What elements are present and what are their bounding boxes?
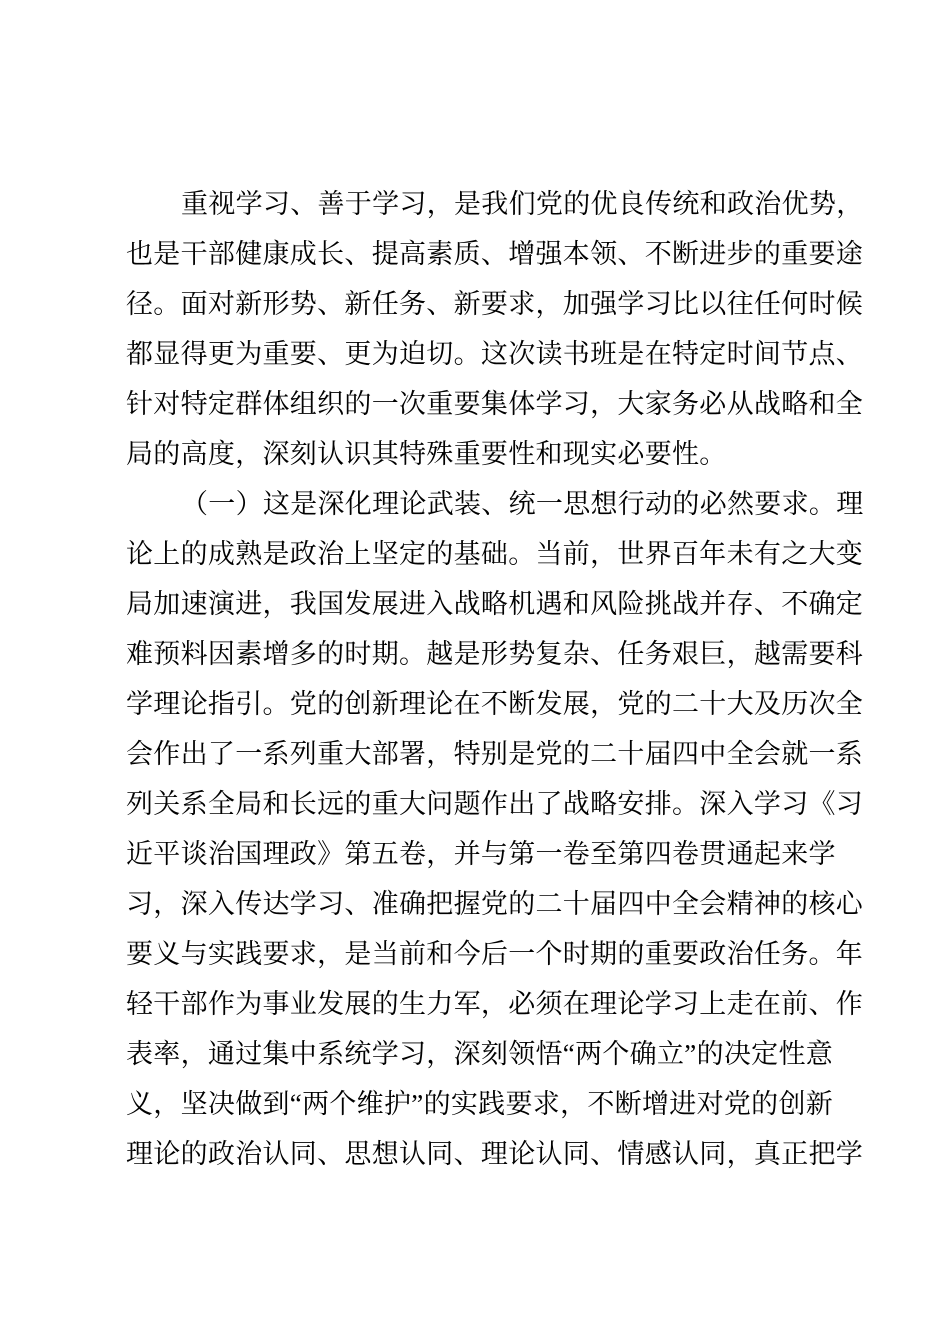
text-line: 针对特定群体组织的一次重要集体学习，大家务必从战略和全 xyxy=(126,379,840,429)
text-line: 义，坚决做到“两个维护”的实践要求，不断增进对党的创新 xyxy=(126,1079,840,1129)
text-line: 近平谈治国理政》第五卷，并与第一卷至第四卷贯通起来学 xyxy=(126,829,840,879)
text-line: 也是干部健康成长、提高素质、增强本领、不断进步的重要途 xyxy=(126,229,840,279)
text-line: 难预料因素增多的时期。越是形势复杂、任务艰巨，越需要科 xyxy=(126,629,840,679)
text-line: 会作出了一系列重大部署，特别是党的二十届四中全会就一系 xyxy=(126,729,840,779)
text-line: 列关系全局和长远的重大问题作出了战略安排。深入学习《习 xyxy=(126,779,840,829)
text-line: 轻干部作为事业发展的生力军，必须在理论学习上走在前、作 xyxy=(126,979,840,1029)
text-line: 学理论指引。党的创新理论在不断发展，党的二十大及历次全 xyxy=(126,679,840,729)
text-line: 理论的政治认同、思想认同、理论认同、情感认同，真正把学 xyxy=(126,1129,840,1179)
text-line: 都显得更为重要、更为迫切。这次读书班是在特定时间节点、 xyxy=(126,329,840,379)
document-body: 重视学习、善于学习，是我们党的优良传统和政治优势，也是干部健康成长、提高素质、增… xyxy=(126,179,840,1179)
text-line: 径。面对新形势、新任务、新要求，加强学习比以往任何时候 xyxy=(126,279,840,329)
text-line: 论上的成熟是政治上坚定的基础。当前，世界百年未有之大变 xyxy=(126,529,840,579)
document-page: 重视学习、善于学习，是我们党的优良传统和政治优势，也是干部健康成长、提高素质、增… xyxy=(0,0,950,1344)
text-line: （一）这是深化理论武装、统一思想行动的必然要求。理 xyxy=(126,479,840,529)
text-line: 表率，通过集中系统学习，深刻领悟“两个确立”的决定性意 xyxy=(126,1029,840,1079)
text-line: 重视学习、善于学习，是我们党的优良传统和政治优势， xyxy=(126,179,840,229)
text-line: 要义与实践要求，是当前和今后一个时期的重要政治任务。年 xyxy=(126,929,840,979)
text-line: 局加速演进，我国发展进入战略机遇和风险挑战并存、不确定 xyxy=(126,579,840,629)
text-line: 局的高度，深刻认识其特殊重要性和现实必要性。 xyxy=(126,429,840,479)
text-line: 习，深入传达学习、准确把握党的二十届四中全会精神的核心 xyxy=(126,879,840,929)
